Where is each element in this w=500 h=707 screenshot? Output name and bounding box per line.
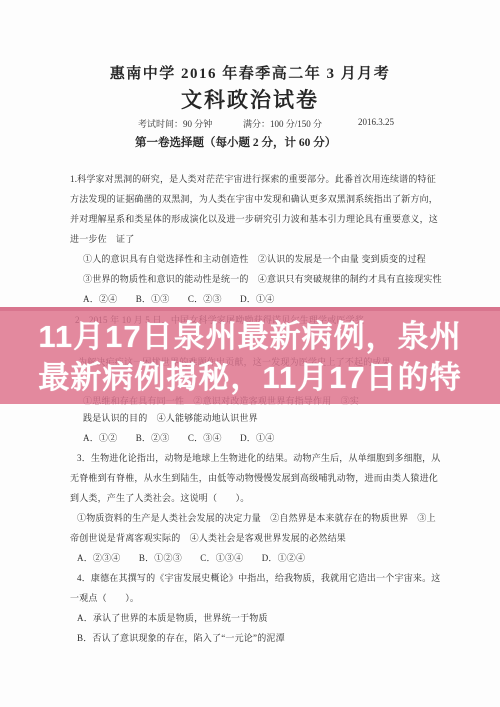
news-banner[interactable]: 2．2015 年 10 月 5 日，中国女科学家屠呦呦获得诺贝尔生理学或医学奖 … — [0, 307, 500, 404]
exam-text-line: ①人的意识具有自觉选择性和主动创造性 ②认识的发展是一个由量 变到质变的过程 — [83, 252, 426, 265]
exam-options-line: A．②④ B．①③ C．②③ D．①④ — [83, 292, 274, 305]
exam-options-line: A．②③④ B．①②③ C．①③④ D．①②④ — [77, 551, 305, 564]
exam-text-line: 方法发现的证据确凿的双黑洞，为人类在宇宙中发现和确认更多双黑洞系统指出了新方向， — [70, 192, 438, 205]
exam-text-line: 并对理解星系和类星体的形成演化以及进一步研究引力波和基本引力理论具有重要意义，这 — [70, 212, 438, 225]
exam-text-line: ③世界的物质性和意识的能动性是统一的 ④意识只有突破规律的制约才具有直接现实性 — [83, 272, 442, 285]
exam-option-a: A．承认了世界的本质是物质，世界统一于物质 — [77, 611, 268, 624]
exam-date: 2016.3.25 — [358, 117, 394, 127]
exam-option-b: B．否认了意识现象的存在，陷入了“一元论”的泥潭 — [77, 631, 285, 644]
exam-text-line: 进一步佐 证了 — [70, 232, 134, 245]
exam-document: 惠南中学 2016 年春季高二年 3 月月考 文科政治试卷 考试时间：90 分钟… — [0, 0, 500, 707]
news-banner-title-line2: 最新病例揭秘，11月17日的特 — [38, 361, 461, 395]
exam-options-line: A．①② B．②③ C．③④ D．①④ — [83, 431, 274, 444]
exam-text-line: 3．生物进化论指出，动物是地球上生物进化的结果。动物产生后，从单细胞到多细胞，从 — [77, 451, 441, 464]
exam-total-score: 满分：100 分/150 分 — [243, 117, 322, 130]
exam-text-line: 践是认识的目的 ④人能够能动地认识世界 — [83, 411, 258, 424]
exam-text-line: 一观点（ ）。 — [70, 591, 139, 604]
section-heading: 第一卷选择题（每小题 2 分，计 60 分） — [135, 134, 336, 150]
exam-text-line: 帝创世说是背离客观实际的 ④人类社会是客观世界发展的必然结果 — [70, 531, 346, 544]
news-banner-title: 11月17日泉州最新病例，泉州 最新病例揭秘，11月17日的特 — [0, 311, 500, 404]
exam-school-header: 惠南中学 2016 年春季高二年 3 月月考 — [0, 62, 500, 83]
exam-text-line: ①物质资料的生产是人类社会发展的决定力量 ②自然界是本来就存在的物质世界 ③上 — [77, 511, 436, 524]
exam-duration: 考试时间：90 分钟 — [138, 117, 212, 130]
exam-text-line: 1.科学家对黑洞的研究，是人类对茫茫宇宙进行探索的重要部分。此番首次用连续谱的特… — [70, 172, 436, 185]
exam-text-line: 到人类，产生了人类社会。这说明（ ）。 — [70, 491, 250, 504]
exam-paper-title: 文科政治试卷 — [0, 84, 500, 114]
news-banner-title-line1: 11月17日泉州最新病例，泉州 — [38, 320, 461, 354]
exam-text-line: 无脊椎到有脊椎，从水生到陆生，由低等动物慢慢发展到高级哺乳动物，进而由类人猿进化 — [70, 471, 438, 484]
exam-text-line: 4．康德在其撰写的《宇宙发展史概论》中指出，给我物质，我就用它造出一个宇宙来。这 — [77, 571, 441, 584]
